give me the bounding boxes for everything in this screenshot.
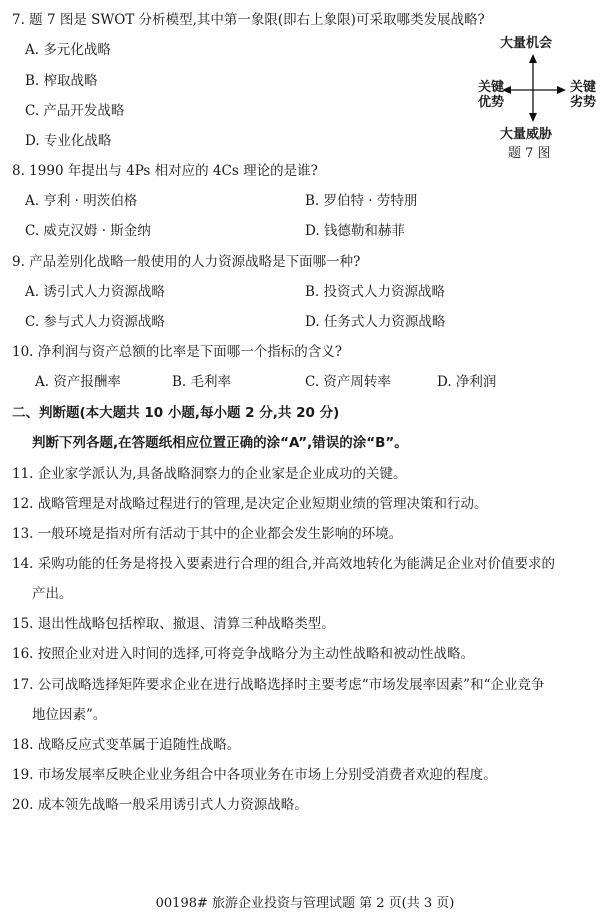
judgment-item-17-continued: 地位因素”。 — [32, 706, 106, 724]
question-8-option-c: C. 威克汉姆 · 斯金纳 — [25, 222, 151, 240]
question-8-option-a: A. 亨利 · 明茨伯格 — [25, 192, 137, 210]
question-9-stem: 9. 产品差别化战略一般使用的人力资源战略是下面哪一种? — [12, 253, 360, 271]
diagram-label-weaknesses-1: 关键 — [570, 80, 596, 96]
judgment-item-20: 20. 成本领先战略一般采用诱引式人力资源战略。 — [12, 796, 308, 814]
judgment-item-13: 13. 一般环境是指对所有活动于其中的企业都会发生影响的环境。 — [12, 525, 402, 543]
question-7-stem: 7. 题 7 图是 SWOT 分析模型,其中第一象限(即右上象限)可采取哪类发展… — [12, 11, 485, 29]
question-8-option-b: B. 罗伯特 · 劳特朋 — [305, 192, 417, 210]
question-10-stem: 10. 净利润与资产总额的比率是下面哪一个指标的含义? — [12, 343, 342, 361]
question-10-option-d: D. 净利润 — [437, 373, 496, 391]
question-7-option-a: A. 多元化战略 — [25, 41, 111, 59]
judgment-item-17: 17. 公司战略选择矩阵要求企业在进行战略选择时主要考虑“市场发展率因素”和“企… — [12, 676, 544, 694]
page-footer: 00198# 旅游企业投资与管理试题 第 2 页(共 3 页) — [0, 892, 610, 911]
judgment-item-19: 19. 市场发展率反映企业业务组合中各项业务在市场上分别受消费者欢迎的程度。 — [12, 766, 497, 784]
question-7-option-c: C. 产品开发战略 — [25, 102, 124, 120]
question-8-stem: 8. 1990 年提出与 4Ps 相对应的 4Cs 理论的是谁? — [12, 162, 318, 180]
judgment-item-11: 11. 企业家学派认为,具备战略洞察力的企业家是企业成功的关键。 — [12, 465, 407, 483]
question-7-option-b: B. 榨取战略 — [25, 72, 98, 90]
diagram-label-weaknesses-2: 劣势 — [570, 95, 596, 111]
question-10-option-b: B. 毛利率 — [172, 373, 231, 391]
question-10-option-c: C. 资产周转率 — [305, 373, 391, 391]
judgment-item-12: 12. 战略管理是对战略过程进行的管理,是决定企业短期业绩的管理决策和行动。 — [12, 495, 488, 513]
section-2-title: 二、判断题(本大题共 10 小题,每小题 2 分,共 20 分) — [12, 404, 339, 422]
question-10-option-a: A. 资产报酬率 — [35, 373, 121, 391]
question-9-option-a: A. 诱引式人力资源战略 — [25, 283, 165, 301]
diagram-label-threats: 大量威胁 — [500, 127, 552, 143]
judgment-item-18: 18. 战略反应式变革属于追随性战略。 — [12, 736, 240, 754]
diagram-label-strengths-1: 关键 — [478, 80, 504, 96]
question-9-option-b: B. 投资式人力资源战略 — [305, 283, 445, 301]
question-9-option-c: C. 参与式人力资源战略 — [25, 313, 165, 331]
diagram-caption: 题 7 图 — [508, 146, 551, 162]
question-9-option-d: D. 任务式人力资源战略 — [305, 313, 445, 331]
question-7-option-d: D. 专业化战略 — [25, 132, 111, 150]
swot-diagram: 大量机会 关键 优势 关键 劣势 大量威胁 题 7 图 — [470, 34, 610, 164]
judgment-item-16: 16. 按照企业对进入时间的选择,可将竞争战略分为主动性战略和被动性战略。 — [12, 645, 474, 663]
judgment-item-14-continued: 产出。 — [32, 585, 73, 603]
diagram-label-strengths-2: 优势 — [478, 95, 504, 111]
section-2-instruction: 判断下列各题,在答题纸相应位置正确的涂“A”,错误的涂“B”。 — [32, 434, 408, 452]
judgment-item-14: 14. 采购功能的任务是将投入要素进行合理的组合,并高效地转化为能满足企业对价值… — [12, 555, 555, 573]
question-8-option-d: D. 钱德勒和赫菲 — [305, 222, 405, 240]
judgment-item-15: 15. 退出性战略包括榨取、撤退、清算三种战略类型。 — [12, 615, 335, 633]
